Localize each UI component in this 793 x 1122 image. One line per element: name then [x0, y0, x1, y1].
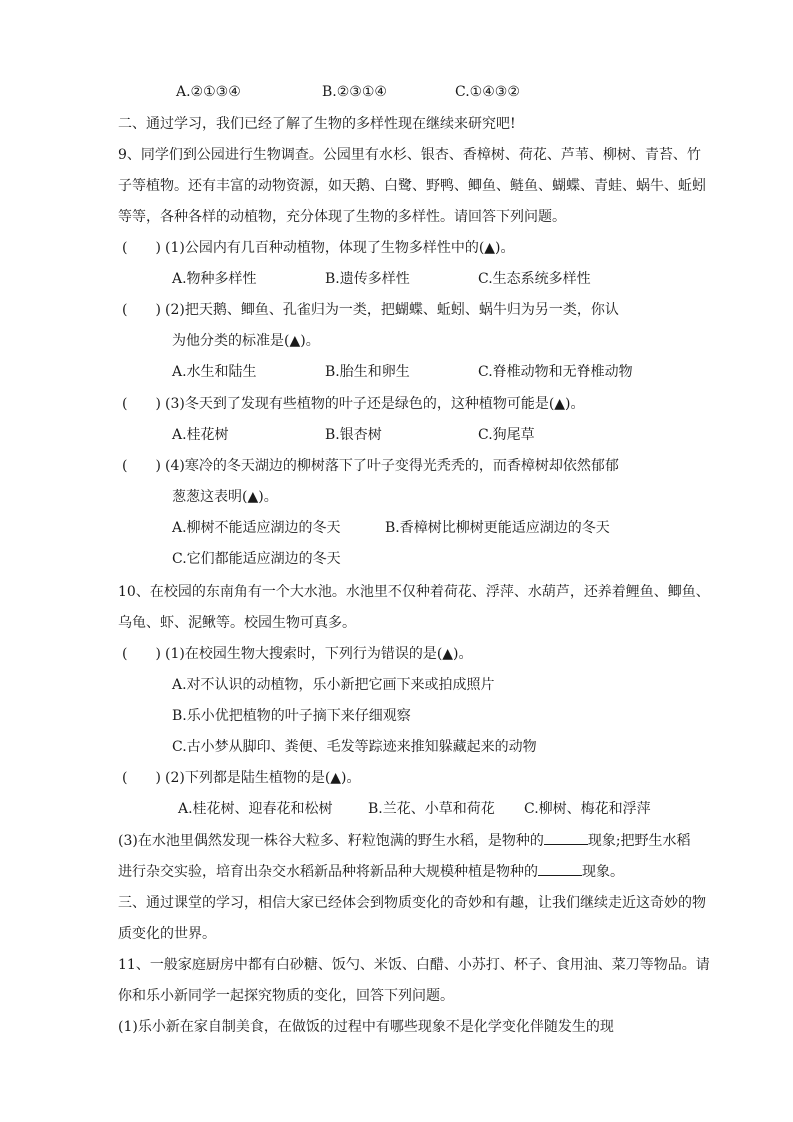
- q9-sub4-answer-blank[interactable]: ( ): [122, 456, 161, 476]
- q9-sub4-option-a: A.柳树不能适应湖边的冬天: [172, 518, 341, 538]
- q10-sub1-answer-blank[interactable]: ( ): [122, 644, 161, 664]
- q10-sub1-option-b: B.乐小优把植物的叶子摘下来仔细观察: [172, 706, 411, 726]
- q9-sub2-answer-blank[interactable]: ( ): [122, 300, 161, 320]
- q9-sub2-option-a: A.水生和陆生: [172, 362, 257, 382]
- q10-sub3-line2: 进行杂交实验，培育出杂交水稻新品种将新品种大规模种植是物种的现象。: [118, 861, 624, 882]
- section2-heading: 二、通过学习，我们已经了解了生物的多样性现在继续来研究吧!: [118, 114, 516, 134]
- q9-stem-line1: 9、同学们到公园进行生物调查。公园里有水杉、银杏、香樟树、荷花、芦苇、柳树、青苔…: [118, 145, 701, 165]
- q9-sub4-question: (4)寒冷的冬天湖边的柳树落下了叶子变得光秃秃的，而香樟树却依然郁郁: [165, 456, 619, 476]
- q9-sub1-answer-blank[interactable]: ( ): [122, 238, 161, 258]
- q10-sub3-text-pre: (3)在水池里偶然发现一株谷大粒多、籽粒饱满的野生水稻，是物种的: [118, 833, 544, 849]
- q10-sub2-option-b: B.兰花、小草和荷花: [368, 799, 495, 819]
- q10-stem-line1: 10、在校园的东南角有一个大水池。水池里不仅种着荷花、浮萍、水葫芦，还养着鲤鱼、…: [118, 582, 710, 602]
- q9-sub2-option-b: B.胎生和卵生: [325, 362, 410, 382]
- q9-sub2-option-c: C.脊椎动物和无脊椎动物: [478, 362, 633, 382]
- q11-stem-line1: 11、一般家庭厨房中都有白砂糖、饭勺、米饭、白醋、小苏打、杯子、食用油、菜刀等物…: [118, 955, 710, 975]
- q9-sub3-answer-blank[interactable]: ( ): [122, 394, 161, 414]
- q11-sub1-question: (1)乐小新在家自制美食，在做饭的过程中有哪些现象不是化学变化伴随发生的现: [118, 1017, 614, 1037]
- q9-sub4-question-cont: 葱葱这表明(▲)。: [172, 487, 278, 507]
- q10-sub2-answer-blank[interactable]: ( ): [122, 768, 161, 788]
- q10-sub3-text2-pre: 进行杂交实验，培育出杂交水稻新品种将新品种大规模种植是物种的: [118, 864, 538, 880]
- q9-sub3-option-c: C.狗尾草: [478, 425, 535, 445]
- q10-sub3-fill-blank-1[interactable]: [544, 830, 588, 845]
- q10-sub1-question: (1)在校园生物大搜索时，下列行为错误的是(▲)。: [165, 644, 473, 664]
- q9-sub4-option-c: C.它们都能适应湖边的冬天: [172, 549, 341, 569]
- q9-stem-line3: 等等，各种各样的动植物，充分体现了生物的多样性。请回答下列问题。: [118, 207, 566, 227]
- q9-sub1-option-b: B.遗传多样性: [325, 269, 410, 289]
- q9-stem-line2: 子等植物。还有丰富的动物资源，如天鹅、白鹭、野鸭、鲫鱼、鲢鱼、蝴蝶、青蛙、蜗牛、…: [118, 176, 706, 196]
- q10-sub1-option-a: A.对不认识的动植物，乐小新把它画下来或拍成照片: [172, 675, 495, 695]
- q8-option-b: B.②③①④: [322, 82, 387, 102]
- q10-sub1-option-c: C.古小梦从脚印、粪便、毛发等踪迹来推知躲藏起来的动物: [172, 737, 537, 757]
- q10-sub2-option-c: C.柳树、梅花和浮萍: [524, 799, 651, 819]
- q9-sub3-option-b: B.银杏树: [325, 425, 382, 445]
- q10-sub3-text-post: 现象;把野生水稻: [588, 833, 691, 849]
- q9-sub4-option-b: B.香樟树比柳树更能适应湖边的冬天: [385, 518, 610, 538]
- q9-sub3-question: (3)冬天到了发现有些植物的叶子还是绿色的，这种植物可能是(▲)。: [165, 394, 585, 414]
- q8-option-c: C.①④③②: [455, 82, 520, 102]
- q10-sub3-fill-blank-2[interactable]: [538, 861, 582, 876]
- q10-sub3-line1: (3)在水池里偶然发现一株谷大粒多、籽粒饱满的野生水稻，是物种的现象;把野生水稻: [118, 830, 691, 851]
- q11-stem-line2: 你和乐小新同学一起探究物质的变化，回答下列问题。: [118, 986, 454, 1006]
- section3-heading-line1: 三、通过课堂的学习，相信大家已经体会到物质变化的奇妙和有趣，让我们继续走近这奇妙…: [118, 893, 706, 913]
- q9-sub1-option-a: A.物种多样性: [172, 269, 257, 289]
- section3-heading-line2: 质变化的世界。: [118, 924, 216, 944]
- q10-sub2-option-a: A.桂花树、迎春花和松树: [178, 799, 333, 819]
- q9-sub2-question: (2)把天鹅、鲫鱼、孔雀归为一类，把蝴蝶、蚯蚓、蜗牛归为另一类，你认: [165, 300, 619, 320]
- q9-sub2-question-cont: 为他分类的标准是(▲)。: [172, 331, 320, 351]
- q10-sub3-text2-post: 现象。: [582, 864, 624, 880]
- q9-sub1-option-c: C.生态系统多样性: [478, 269, 591, 289]
- q10-stem-line2: 乌龟、虾、泥鳅等。校园生物可真多。: [118, 613, 356, 633]
- q9-sub3-option-a: A.桂花树: [172, 425, 229, 445]
- q8-option-a: A.②①③④: [176, 82, 241, 102]
- q9-sub1-question: (1)公园内有几百种动植物，体现了生物多样性中的(▲)。: [165, 238, 515, 258]
- q10-sub2-question: (2)下列都是陆生植物的是(▲)。: [165, 768, 361, 788]
